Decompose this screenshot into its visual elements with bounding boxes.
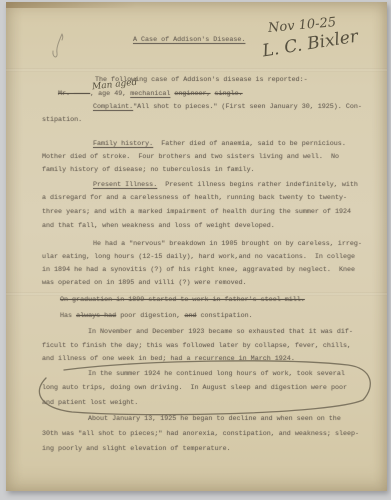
typed-text-segment: was operated on in 1895 and villi (?) we… bbox=[42, 279, 247, 287]
scanned-document-page: A Case of Addison's Disease.The followin… bbox=[0, 0, 391, 500]
typed-text-segment: ing poorly and slight elevation of tempe… bbox=[42, 445, 231, 453]
typed-line: and patient lost weight. bbox=[42, 399, 138, 408]
typed-line: and that fall, when weakness and loss of… bbox=[42, 222, 275, 231]
typed-text-segment: three years; and with a marked impairmen… bbox=[42, 208, 351, 216]
typed-text-segment: Complaint. bbox=[93, 103, 133, 111]
typed-line: Has always had poor digestion, and const… bbox=[60, 312, 253, 321]
typed-text-segment: family history of disease; no tuberculos… bbox=[42, 166, 255, 174]
typed-line: a disregard for and a carelessness of he… bbox=[42, 194, 347, 203]
typed-line: and illness of one week in bed; had a re… bbox=[42, 355, 295, 364]
typed-line: was operated on in 1895 and villi (?) we… bbox=[42, 279, 247, 288]
typed-line: About January 13, 1925 he began to decli… bbox=[88, 415, 341, 424]
typed-text-segment: Mother died of stroke. Four brothers and… bbox=[42, 153, 339, 161]
typed-text-segment: poor digestion, bbox=[116, 312, 184, 320]
typed-text-segment: long auto trips, doing own driving. In A… bbox=[42, 384, 347, 392]
typed-text-segment: and bbox=[184, 312, 196, 320]
typed-line: family history of disease; no tuberculos… bbox=[42, 166, 255, 175]
typed-line: ficult to finish the day; this was follo… bbox=[42, 342, 351, 351]
typed-text-segment: in 1894 he had a synovitis (?) of his ri… bbox=[42, 266, 355, 274]
typed-text-segment: Family history. bbox=[93, 140, 153, 148]
typed-line: 30th was "all shot to pieces;" had anore… bbox=[42, 430, 359, 439]
typed-text-segment: Has bbox=[60, 312, 76, 320]
typed-text-segment: Mr. ———— bbox=[58, 90, 90, 98]
typed-text-segment: single. bbox=[215, 90, 243, 98]
typed-line: Mr. ————, age 49, mechanical engineer, s… bbox=[58, 90, 243, 99]
typed-line: In November and December 1923 became so … bbox=[88, 328, 353, 337]
typed-line: A Case of Addison's Disease. bbox=[133, 36, 245, 45]
typed-text-segment: In November and December 1923 became so … bbox=[88, 328, 353, 336]
typed-text-segment: Present illness begins rather indefinite… bbox=[157, 181, 358, 189]
typed-line: Present Illness. Present illness begins … bbox=[93, 181, 358, 190]
typed-text-segment: stipation. bbox=[42, 116, 82, 124]
typed-line: ular eating, long hours (12-15 daily), h… bbox=[42, 253, 355, 262]
typed-line: He had a "nervous" breakdown in 1905 bro… bbox=[93, 240, 362, 249]
typed-text-segment: ficult to finish the day; this was follo… bbox=[42, 342, 351, 350]
typed-text-segment: He had a "nervous" breakdown in 1905 bro… bbox=[93, 240, 362, 248]
typed-text-segment: On graduation in 1899 started to work in… bbox=[60, 296, 305, 304]
typed-text-segment: and that fall, when weakness and loss of… bbox=[42, 222, 275, 230]
typed-line: long auto trips, doing own driving. In A… bbox=[42, 384, 347, 393]
typed-text-segment: and illness of one week in bed; had a re… bbox=[42, 355, 295, 363]
typed-text-segment: constipation. bbox=[196, 312, 252, 320]
typed-line: three years; and with a marked impairmen… bbox=[42, 208, 351, 217]
typed-text-segment: engineer, bbox=[174, 90, 210, 98]
typed-text-segment: always had bbox=[76, 312, 116, 320]
typed-text-segment: a disregard for and a carelessness of he… bbox=[42, 194, 347, 202]
typed-text-segment: mechanical bbox=[130, 90, 170, 98]
typed-line: ing poorly and slight elevation of tempe… bbox=[42, 445, 231, 454]
typed-line: Complaint."All shot to pieces." (First s… bbox=[93, 103, 362, 112]
typed-text-segment: 30th was "all shot to pieces;" had anore… bbox=[42, 430, 359, 438]
typed-text-segment: A Case of Addison's Disease. bbox=[133, 36, 245, 44]
typed-text-segment: "All shot to pieces." (First seen Januar… bbox=[133, 103, 362, 111]
typed-line: In the summer 1924 he continued long hou… bbox=[88, 370, 345, 379]
typed-line: in 1894 he had a synovitis (?) of his ri… bbox=[42, 266, 355, 275]
typed-line: Mother died of stroke. Four brothers and… bbox=[42, 153, 339, 162]
typed-line: Family history. Father died of anaemia, … bbox=[93, 140, 346, 149]
typed-text-segment: Present Illness. bbox=[93, 181, 157, 189]
typed-text-segment: and patient lost weight. bbox=[42, 399, 138, 407]
typed-text-segment: About January 13, 1925 he began to decli… bbox=[88, 415, 341, 423]
typed-line: stipation. bbox=[42, 116, 82, 125]
typed-line: On graduation in 1899 started to work in… bbox=[60, 296, 305, 305]
typed-text-segment: ular eating, long hours (12-15 daily), h… bbox=[42, 253, 355, 261]
typed-text-segment: Father died of anaemia, said to be perni… bbox=[153, 140, 346, 148]
typed-text-segment: In the summer 1924 he continued long hou… bbox=[88, 370, 345, 378]
